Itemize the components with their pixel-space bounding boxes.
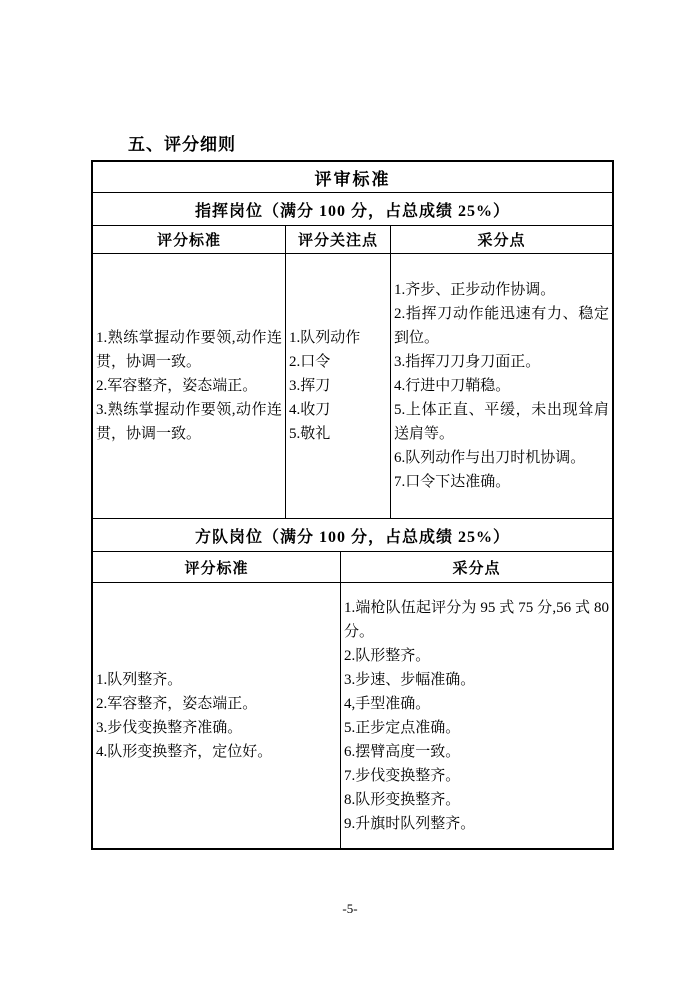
- cell-item: 3.指挥刀刀身刀面正。: [394, 350, 609, 374]
- cell-item: 4,手型准确。: [344, 692, 609, 716]
- cell-item: 9.升旗时队列整齐。: [344, 812, 609, 836]
- cell-item: 2.指挥刀动作能迅速有力、稳定到位。: [394, 302, 609, 350]
- page-heading: 五、评分细则: [128, 130, 236, 155]
- table-main-header-row: 评审标准: [93, 162, 612, 192]
- cell-item: 1.熟练掌握动作要领,动作连贯，协调一致。: [96, 326, 282, 374]
- cell-item: 1.队列整齐。: [96, 668, 337, 692]
- cell-item: 1.齐步、正步动作协调。: [394, 278, 609, 302]
- cell-formation-scoring-standard: 1.队列整齐。2.军容整齐，姿态端正。3.步伐变换整齐准确。4.队形变换整齐，定…: [93, 583, 340, 848]
- cell-item: 4.队形变换整齐，定位好。: [96, 740, 337, 764]
- cell-item: 6.队列动作与出刀时机协调。: [394, 446, 609, 470]
- column-header-scoring-standard: 评分标准: [93, 226, 285, 253]
- cell-command-focus-points: 1.队列动作2.口令3.挥刀4.收刀5.敬礼: [285, 254, 390, 518]
- table-main-header: 评审标准: [93, 162, 612, 192]
- cell-command-scoring-standard: 1.熟练掌握动作要领,动作连贯，协调一致。2.军容整齐，姿态端正。3.熟练掌握动…: [93, 254, 285, 518]
- cell-command-scoring-points: 1.齐步、正步动作协调。2.指挥刀动作能迅速有力、稳定到位。3.指挥刀刀身刀面正…: [390, 254, 612, 518]
- section-command-column-headers: 评分标准 评分关注点 采分点: [93, 225, 612, 253]
- cell-item: 4.收刀: [289, 398, 387, 422]
- cell-item: 1.队列动作: [289, 326, 387, 350]
- section-command-header: 指挥岗位（满分 100 分，占总成绩 25%）: [93, 193, 612, 225]
- cell-item: 2.队形整齐。: [344, 644, 609, 668]
- document-page: 五、评分细则 评审标准 指挥岗位（满分 100 分，占总成绩 25%） 评分标准…: [0, 0, 700, 990]
- section-formation-column-headers: 评分标准 采分点: [93, 551, 612, 582]
- section-formation-content-row: 1.队列整齐。2.军容整齐，姿态端正。3.步伐变换整齐准确。4.队形变换整齐，定…: [93, 582, 612, 848]
- cell-item: 7.口令下达准确。: [394, 470, 609, 494]
- cell-item: 1.端枪队伍起评分为 95 式 75 分,56 式 80 分。: [344, 596, 609, 644]
- column-header-scoring-standard-2: 评分标准: [93, 552, 340, 582]
- cell-item: 2.军容整齐，姿态端正。: [96, 692, 337, 716]
- cell-formation-scoring-points: 1.端枪队伍起评分为 95 式 75 分,56 式 80 分。2.队形整齐。3.…: [340, 583, 612, 848]
- column-header-focus-points: 评分关注点: [285, 226, 390, 253]
- cell-item: 2.军容整齐，姿态端正。: [96, 374, 282, 398]
- cell-item: 2.口令: [289, 350, 387, 374]
- cell-item: 5.敬礼: [289, 422, 387, 446]
- section-formation-header: 方队岗位（满分 100 分，占总成绩 25%）: [93, 519, 612, 551]
- column-header-scoring-points-2: 采分点: [340, 552, 612, 582]
- cell-item: 7.步伐变换整齐。: [344, 764, 609, 788]
- section-command-header-row: 指挥岗位（满分 100 分，占总成绩 25%）: [93, 192, 612, 225]
- page-number: -5-: [0, 901, 700, 917]
- section-formation-header-row: 方队岗位（满分 100 分，占总成绩 25%）: [93, 518, 612, 551]
- section-command-content-row: 1.熟练掌握动作要领,动作连贯，协调一致。2.军容整齐，姿态端正。3.熟练掌握动…: [93, 253, 612, 518]
- cell-item: 5.正步定点准确。: [344, 716, 609, 740]
- cell-item: 5.上体正直、平缓，未出现耸肩送肩等。: [394, 398, 609, 446]
- cell-item: 3.熟练掌握动作要领,动作连贯，协调一致。: [96, 398, 282, 446]
- cell-item: 4.行进中刀鞘稳。: [394, 374, 609, 398]
- cell-item: 3.挥刀: [289, 374, 387, 398]
- cell-item: 3.步速、步幅准确。: [344, 668, 609, 692]
- scoring-table: 评审标准 指挥岗位（满分 100 分，占总成绩 25%） 评分标准 评分关注点 …: [91, 160, 614, 850]
- cell-item: 8.队形变换整齐。: [344, 788, 609, 812]
- column-header-scoring-points: 采分点: [390, 226, 612, 253]
- cell-item: 6.摆臂高度一致。: [344, 740, 609, 764]
- cell-item: 3.步伐变换整齐准确。: [96, 716, 337, 740]
